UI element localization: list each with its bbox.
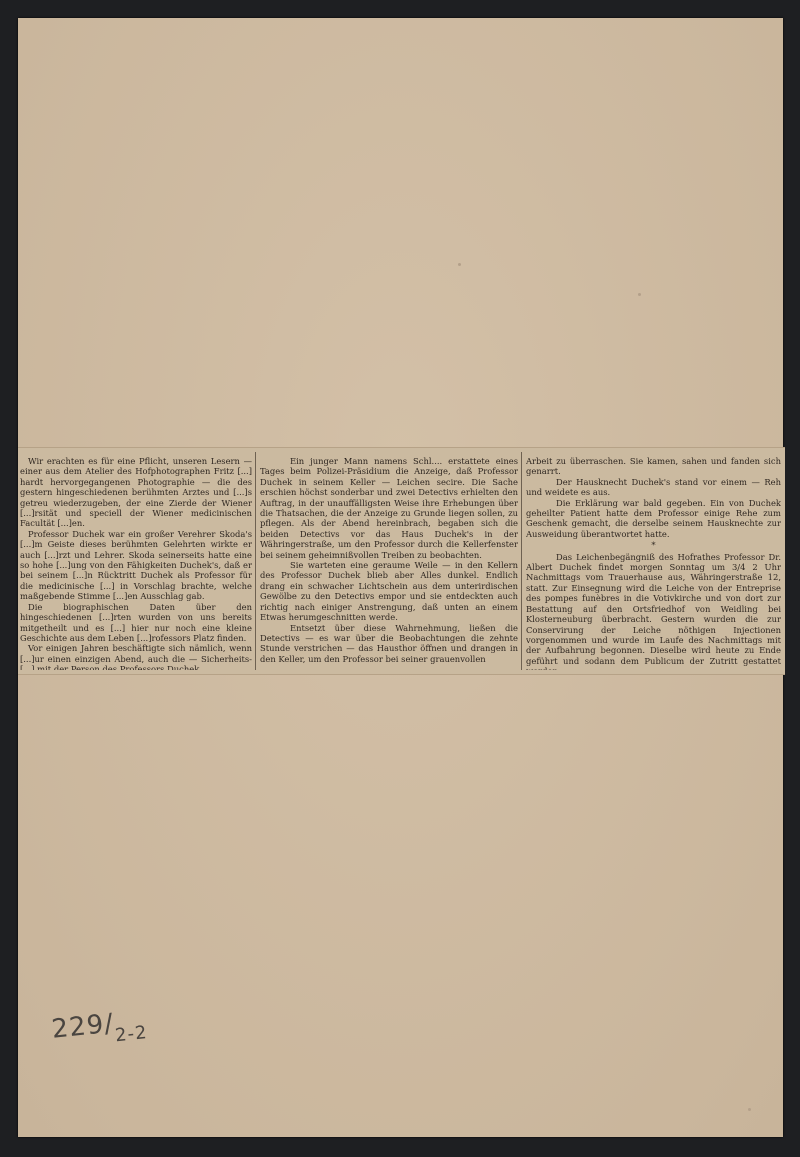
paragraph: Der Hausknecht Duchek's stand vor einem … [526,477,781,498]
newspaper-clipping: Wir erachten es für eine Pflicht, unsere… [18,447,785,675]
paragraph: Wir erachten es für eine Pflicht, unsere… [20,456,252,529]
column-divider [521,452,522,670]
column-3: Arbeit zu überraschen. Sie kamen, sahen … [526,456,781,670]
paragraph: Arbeit zu überraschen. Sie kamen, sahen … [526,456,781,477]
paragraph: Entsetzt über diese Wahrnehmung, ließen … [260,623,518,665]
paragraph: Die Erklärung war bald gegeben. Ein von … [526,498,781,540]
column-divider [255,452,256,670]
paper-spot [458,263,461,266]
paper-spot [638,293,641,296]
annotation-main: 229/ [50,1009,115,1045]
section-separator-asterisk: * [526,540,781,550]
paragraph: Das Leichenbegängniß des Hofrathes Profe… [526,552,781,670]
column-1: Wir erachten es für eine Pflicht, unsere… [20,456,252,670]
paragraph: Die biographischen Daten über den hinges… [20,602,252,644]
paragraph: Professor Duchek war ein großer Verehrer… [20,529,252,602]
paper-spot [748,1108,751,1111]
annotation-sub: 2-2 [114,1022,148,1046]
paragraph: Vor einigen Jahren beschäftigte sich näm… [20,643,252,670]
archival-card: Wir erachten es für eine Pflicht, unsere… [18,18,783,1137]
paragraph: Sie warteten eine geraume Weile — in den… [260,560,518,622]
column-2: Ein junger Mann namens Schl.... erstatte… [260,456,518,670]
paragraph: Ein junger Mann namens Schl.... erstatte… [260,456,518,560]
